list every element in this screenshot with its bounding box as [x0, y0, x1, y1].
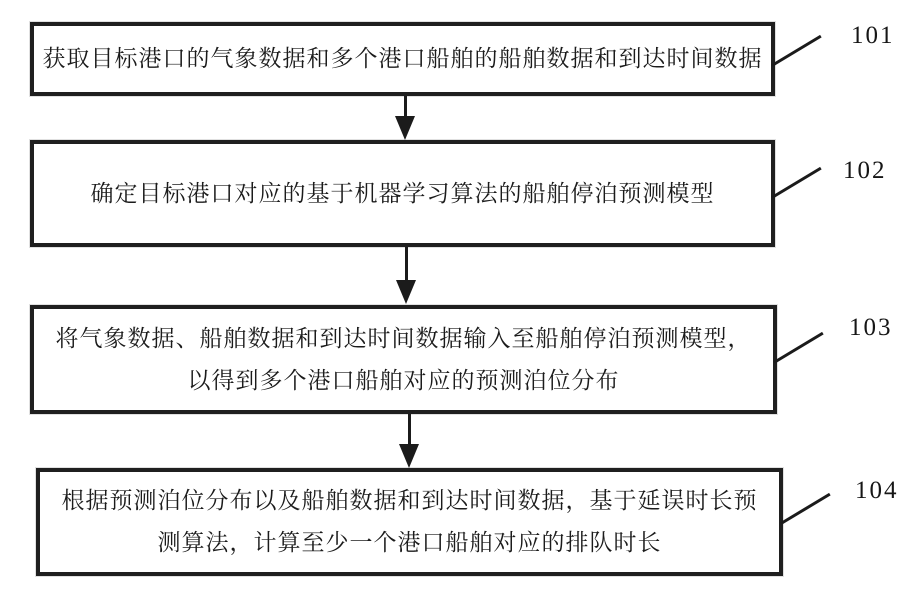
ref-label-103: 103 [849, 314, 893, 342]
flow-step-103-text-line-1: 将气象数据、船舶数据和到达时间数据输入至船舶停泊预测模型， [56, 318, 752, 360]
ref-label-102: 102 [843, 157, 887, 185]
flow-step-box-101: 获取目标港口的气象数据和多个港口船舶的船舶数据和到达时间数据 [30, 22, 775, 96]
arrow-head-icon [395, 116, 415, 140]
flow-step-104-text-line-1: 根据预测泊位分布以及船舶数据和到达时间数据，基于延误时长预 [62, 480, 758, 522]
arrow-head-icon [399, 444, 419, 468]
down-arrow-102-to-103 [396, 247, 416, 304]
arrow-head-icon [396, 280, 416, 304]
leader-line-101 [771, 35, 821, 67]
flow-step-102-text: 确定目标港口对应的基于机器学习算法的船舶停泊预测模型 [91, 173, 715, 215]
down-arrow-101-to-102 [395, 96, 415, 140]
ref-label-101: 101 [851, 22, 895, 50]
down-arrow-103-to-104 [399, 414, 419, 468]
leader-line-103 [773, 332, 823, 364]
flow-step-104-text-line-2: 测算法，计算至少一个港口船舶对应的排队时长 [158, 522, 662, 564]
flow-step-101-text: 获取目标港口的气象数据和多个港口船舶的船舶数据和到达时间数据 [43, 38, 763, 80]
flow-step-box-104: 根据预测泊位分布以及船舶数据和到达时间数据，基于延误时长预 测算法，计算至少一个… [36, 468, 783, 576]
flow-step-box-103: 将气象数据、船舶数据和到达时间数据输入至船舶停泊预测模型， 以得到多个港口船舶对… [30, 305, 777, 414]
leader-line-104 [780, 493, 830, 525]
flowchart-canvas: 获取目标港口的气象数据和多个港口船舶的船舶数据和到达时间数据 确定目标港口对应的… [0, 0, 917, 606]
ref-label-104: 104 [855, 477, 899, 505]
flow-step-103-text-line-2: 以得到多个港口船舶对应的预测泊位分布 [188, 360, 620, 402]
leader-line-102 [771, 167, 821, 199]
flow-step-box-102: 确定目标港口对应的基于机器学习算法的船舶停泊预测模型 [30, 140, 775, 247]
